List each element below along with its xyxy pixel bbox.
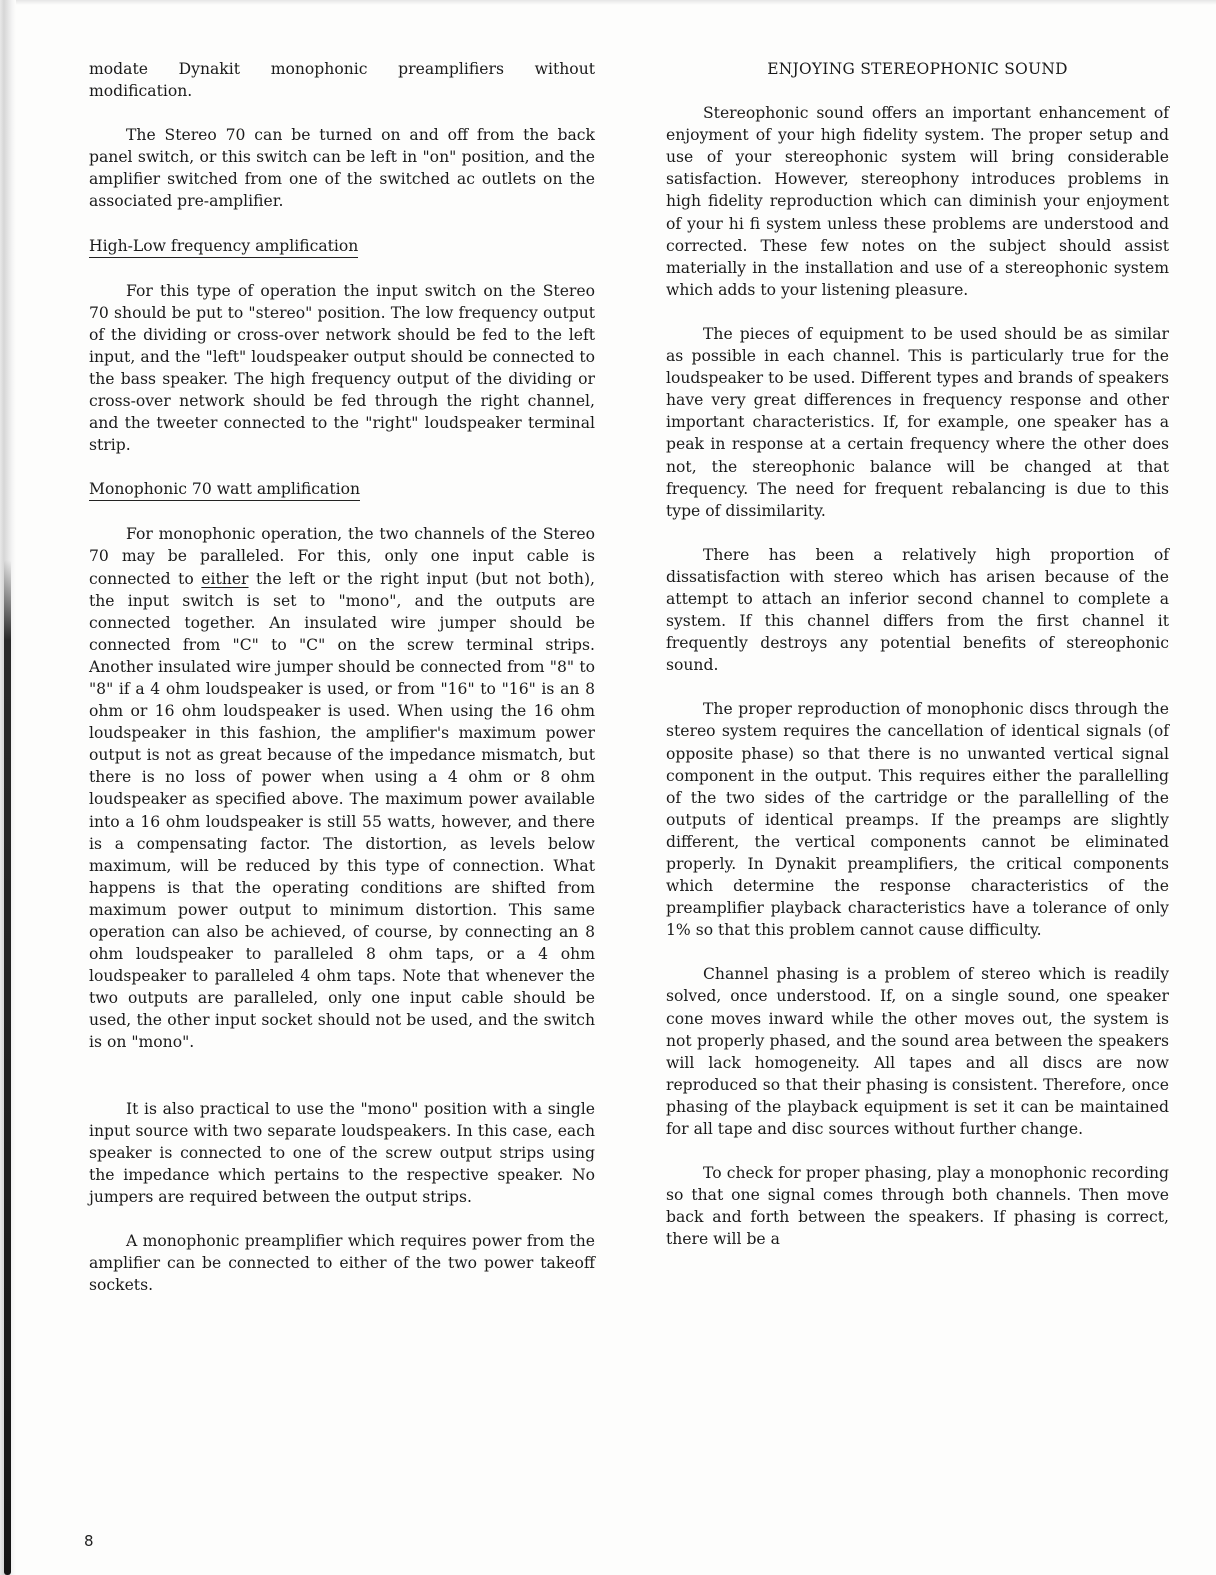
- page-binding-shadow: [4, 560, 11, 1575]
- paragraph-continued: modate Dynakit monophonic preamplifiers …: [89, 58, 595, 102]
- paragraph-on-off-switch: The Stereo 70 can be turned on and off f…: [89, 124, 595, 212]
- paragraph-single-input-source: It is also practical to use the "mono" p…: [89, 1098, 595, 1208]
- right-column: ENJOYING STEREOPHONIC SOUND Stereophonic…: [666, 58, 1169, 1251]
- left-column: modate Dynakit monophonic preamplifiers …: [89, 58, 595, 1296]
- paragraph-preamp-power: A monophonic preamplifier which requires…: [89, 1230, 595, 1296]
- paragraph-stereo-intro: Stereophonic sound offers an important e…: [666, 102, 1169, 301]
- heading-monophonic-70-watt: Monophonic 70 watt amplification: [89, 480, 360, 501]
- page-top-edge: [0, 0, 1216, 5]
- page-number: 8: [84, 1532, 94, 1550]
- paragraph-monophonic-70-watt: For monophonic operation, the two channe…: [89, 523, 595, 1053]
- section-title: ENJOYING STEREOPHONIC SOUND: [666, 58, 1169, 80]
- paragraph-text: the left or the right input (but not bot…: [89, 570, 595, 1052]
- paragraph-high-low-frequency: For this type of operation the input swi…: [89, 280, 595, 457]
- paragraph-dissatisfaction: There has been a relatively high proport…: [666, 544, 1169, 677]
- underlined-word-either: either: [201, 570, 248, 588]
- paragraph-equipment-similarity: The pieces of equipment to be used shoul…: [666, 323, 1169, 522]
- paragraph-check-phasing: To check for proper phasing, play a mono…: [666, 1162, 1169, 1250]
- paragraph-monophonic-discs: The proper reproduction of monophonic di…: [666, 698, 1169, 941]
- heading-high-low-frequency: High-Low frequency amplification: [89, 237, 358, 258]
- paragraph-channel-phasing: Channel phasing is a problem of stereo w…: [666, 963, 1169, 1140]
